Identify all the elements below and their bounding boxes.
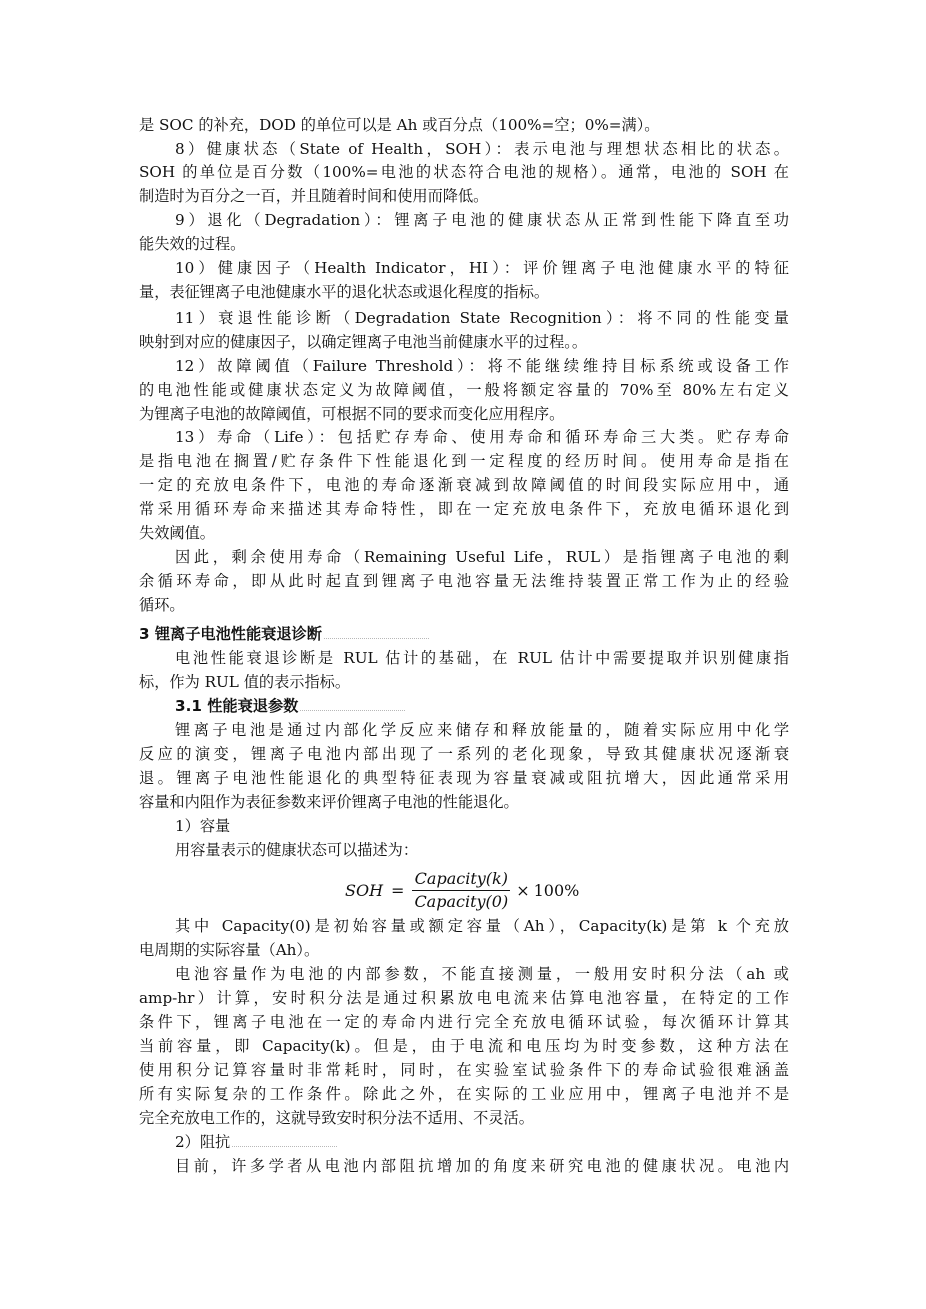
- formula-equals: =: [391, 881, 404, 900]
- paragraph-line: 用容量表示的健康状态可以描述为：: [139, 838, 789, 862]
- paragraph-line: 反应的演变，锂离子电池内部出现了一系列的老化现象，导致其健康状况逐渐衰: [139, 742, 789, 766]
- paragraph-line: SOH 的单位是百分数（100%=电池的状态符合电池的规格）。通常，电池的 SO…: [139, 160, 789, 184]
- paragraph-line: 所有实际复杂的工作条件。除此之外，在实际的工业应用中，锂离子电池并不是: [139, 1082, 789, 1106]
- paragraph-line: 是指电池在搁置/贮存条件下性能退化到一定程度的经历时间。使用寿命是指在: [139, 449, 789, 473]
- paragraph-line: 10）健康因子（Health Indicator，HI）：评价锂离子电池健康水平…: [139, 256, 789, 280]
- paragraph-line: 当前容量，即 Capacity(k)。但是，由于电流和电压均为时变参数，这种方法…: [139, 1034, 789, 1058]
- paragraph-line: amp-hr）计算，安时积分法是通过积累放电电流来估算电池容量，在特定的工作: [139, 986, 789, 1010]
- paragraph-line: 余循环寿命，即从此时起直到锂离子电池容量无法维持装置正常工作为止的经验: [139, 569, 789, 593]
- formula-denominator: Capacity(0): [412, 891, 510, 913]
- subsection-heading-text: 3.1 性能衰退参数: [175, 697, 298, 715]
- formula-numerator: Capacity(k): [413, 868, 510, 890]
- formula-rhs: 100%: [534, 881, 580, 900]
- formula-lhs: SOH: [345, 881, 383, 900]
- paragraph-line: 电周期的实际容量（Ah）。: [139, 938, 789, 962]
- list-item-capacity: 1）容量: [139, 814, 789, 838]
- paragraph-line: 映射到对应的健康因子，以确定锂离子电池当前健康水平的过程。。: [139, 330, 789, 354]
- paragraph-line: 完全充放电工作的，这就导致安时积分法不适用、不灵活。: [139, 1106, 789, 1130]
- dotted-leader: [232, 1136, 337, 1147]
- paragraph-line: 13）寿命（Life）：包括贮存寿命、使用寿命和循环寿命三大类。贮存寿命: [139, 425, 789, 449]
- subsection-heading: 3.1 性能衰退参数: [139, 694, 789, 718]
- paragraph-line: 量，表征锂离子电池健康水平的退化状态或退化程度的指标。: [139, 280, 789, 304]
- paragraph-line: 失效阈值。: [139, 521, 789, 545]
- paragraph-line: 一定的充放电条件下，电池的寿命逐渐衰减到故障阈值的时间段实际应用中，通: [139, 473, 789, 497]
- paragraph-line: 是 SOC 的补充，DOD 的单位可以是 Ah 或百分点（100%=空；0%=满…: [139, 113, 789, 137]
- paragraph-line: 能失效的过程。: [139, 232, 789, 256]
- paragraph-line: 电池性能衰退诊断是 RUL 估计的基础，在 RUL 估计中需要提取并识别健康指: [139, 646, 789, 670]
- paragraph-line: 8）健康状态（State of Health，SOH）：表示电池与理想状态相比的…: [139, 137, 789, 161]
- paragraph-line: 容量和内阻作为表征参数来评价锂离子电池的性能退化。: [139, 790, 789, 814]
- section-heading-text: 3 锂离子电池性能衰退诊断: [139, 625, 322, 643]
- paragraph-line: 11）衰退性能诊断（Degradation State Recognition）…: [139, 306, 789, 330]
- paragraph-line: 循环。: [139, 593, 789, 617]
- list-item-impedance-label: 2）阻抗: [175, 1133, 230, 1151]
- paragraph-line: 12）故障阈值（Failure Threshold）：将不能继续维持目标系统或设…: [139, 354, 789, 378]
- formula-fraction: Capacity(k) Capacity(0): [412, 868, 510, 913]
- paragraph-line: 退。锂离子电池性能退化的典型特征表现为容量衰减或阻抗增大，因此通常采用: [139, 766, 789, 790]
- list-item-impedance: 2）阻抗: [139, 1130, 789, 1154]
- paragraph-line: 标，作为 RUL 值的表示指标。: [139, 670, 789, 694]
- paragraph-line: 制造时为百分之一百，并且随着时间和使用而降低。: [139, 184, 789, 208]
- soh-formula: SOH = Capacity(k) Capacity(0) × 100%: [345, 864, 579, 916]
- paragraph-line: 条件下，锂离子电池在一定的寿命内进行完全充放电循环试验，每次循环计算其: [139, 1010, 789, 1034]
- paragraph-line: 9）退化（Degradation）：锂离子电池的健康状态从正常到性能下降直至功: [139, 208, 789, 232]
- paragraph-line: 为锂离子电池的故障阈值，可根据不同的要求而变化应用程序。: [139, 402, 789, 426]
- paragraph-line: 其中 Capacity(0)是初始容量或额定容量（Ah），Capacity(k)…: [139, 914, 789, 938]
- paragraph-line: 常采用循环寿命来描述其寿命特性，即在一定充放电条件下，充放电循环退化到: [139, 497, 789, 521]
- formula-times: ×: [516, 881, 529, 900]
- document-page: 是 SOC 的补充，DOD 的单位可以是 Ah 或百分点（100%=空；0%=满…: [0, 0, 926, 1309]
- paragraph-line: 因此，剩余使用寿命（Remaining Useful Life，RUL）是指锂离…: [139, 545, 789, 569]
- paragraph-line: 电池容量作为电池的内部参数，不能直接测量，一般用安时积分法（ah 或: [139, 962, 789, 986]
- paragraph-line: 目前，许多学者从电池内部阻抗增加的角度来研究电池的健康状况。电池内: [139, 1154, 789, 1178]
- paragraph-line: 的电池性能或健康状态定义为故障阈值，一般将额定容量的 70%至 80%左右定义: [139, 378, 789, 402]
- dotted-leader: [300, 700, 405, 711]
- paragraph-line: 使用积分记算容量时非常耗时，同时，在实验室试验条件下的寿命试验很难涵盖: [139, 1058, 789, 1082]
- section-heading: 3 锂离子电池性能衰退诊断: [139, 622, 789, 646]
- paragraph-line: 锂离子电池是通过内部化学反应来储存和释放能量的，随着实际应用中化学: [139, 718, 789, 742]
- dotted-leader: [324, 628, 429, 639]
